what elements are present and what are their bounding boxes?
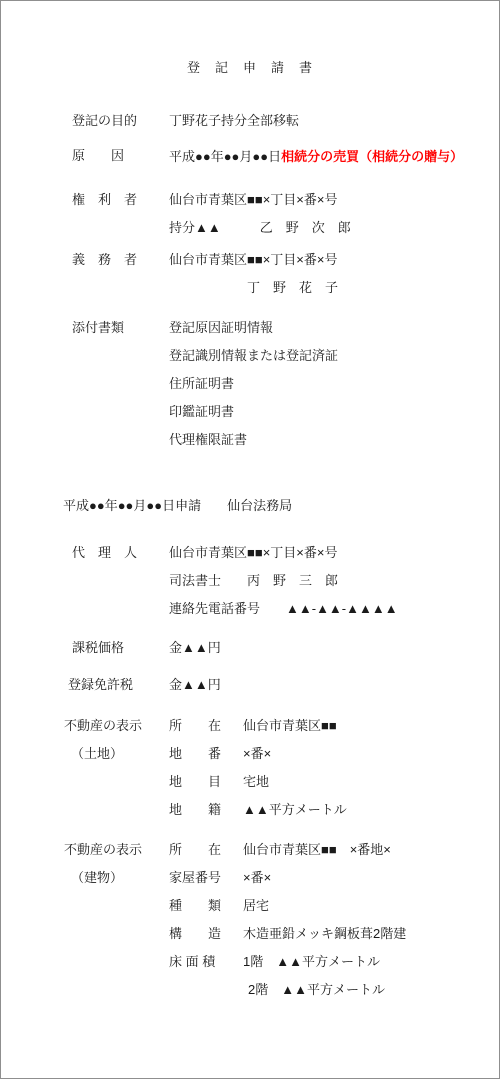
property-field-row: 家屋番号×番×: [169, 864, 471, 892]
row-attachments: 添付書類 登記原因証明情報 登記識別情報または登記済証 住所証明書 印鑑証明書 …: [63, 314, 471, 454]
attachment-item: 印鑑証明書: [169, 398, 471, 426]
obligor-name: 丁 野 花 子: [169, 274, 471, 302]
property-field-value: ×番×: [243, 740, 471, 768]
attachment-item: 登記識別情報または登記済証: [169, 342, 471, 370]
agent-title-name: 司法書士 丙 野 三 郎: [169, 567, 471, 595]
property-field-value: 2階 ▲▲平方メートル: [243, 976, 471, 1004]
property-field-row: 所 在仙台市青葉区■■: [169, 712, 471, 740]
field-label-cause: 原 因: [63, 142, 169, 170]
property-field-value: 宅地: [243, 768, 471, 796]
property-section-land: 不動産の表示 （土地） 所 在仙台市青葉区■■ 地 番×番× 地 目宅地 地 籍…: [63, 712, 471, 824]
property-field-key: 構 造: [169, 920, 243, 948]
property-field-key: [169, 976, 243, 1004]
property-field-row: 床 面 積1階 ▲▲平方メートル: [169, 948, 471, 976]
property-field-key: 所 在: [169, 712, 243, 740]
field-label-obligor: 義 務 者: [63, 246, 169, 274]
property-field-key: 家屋番号: [169, 864, 243, 892]
cause-date: 平成●●年●●月●●日: [169, 149, 281, 164]
row-rightsholder: 権 利 者 仙台市青葉区■■×丁目×番×号 持分▲▲ 乙 野 次 郎: [63, 186, 471, 242]
row-cause: 原 因 平成●●年●●月●●日相続分の売買（相続分の贈与）: [63, 142, 471, 170]
property-section-building: 不動産の表示 （建物） 所 在仙台市青葉区■■ ×番地× 家屋番号×番× 種 類…: [63, 836, 471, 1004]
property-field-key: 床 面 積: [169, 948, 243, 976]
row-taxable-value: 課税価格 金▲▲円: [63, 634, 471, 662]
property-field-key: 地 目: [169, 768, 243, 796]
obligor-address: 仙台市青葉区■■×丁目×番×号: [169, 246, 471, 274]
property-field-value: 居宅: [243, 892, 471, 920]
field-label-agent: 代 理 人: [63, 539, 169, 567]
property-field-row: 構 造木造亜鉛メッキ鋼板葺2階建: [169, 920, 471, 948]
property-field-row: 地 番×番×: [169, 740, 471, 768]
property-field-key: 種 類: [169, 892, 243, 920]
property-land-label: 不動産の表示: [63, 712, 169, 740]
property-field-row: 地 籍▲▲平方メートル: [169, 796, 471, 824]
row-obligor: 義 務 者 仙台市青葉区■■×丁目×番×号 丁 野 花 子: [63, 246, 471, 302]
property-field-key: 地 番: [169, 740, 243, 768]
attachment-item: 住所証明書: [169, 370, 471, 398]
field-label-purpose: 登記の目的: [63, 107, 169, 135]
property-field-value: ▲▲平方メートル: [243, 796, 471, 824]
row-registration-tax: 登録免許税 金▲▲円: [63, 671, 471, 699]
agent-address: 仙台市青葉区■■×丁目×番×号: [169, 539, 471, 567]
attachment-item: 代理権限証書: [169, 426, 471, 454]
taxable-value-amount: 金▲▲円: [169, 634, 471, 662]
property-land-sublabel: （土地）: [63, 740, 169, 768]
property-field-row: 所 在仙台市青葉区■■ ×番地×: [169, 836, 471, 864]
property-building-label: 不動産の表示: [63, 836, 169, 864]
field-label-registration-tax: 登録免許税: [63, 671, 169, 699]
property-field-key: 所 在: [169, 836, 243, 864]
property-field-row: 地 目宅地: [169, 768, 471, 796]
application-date-office: 平成●●年●●月●●日申請 仙台法務局: [63, 492, 471, 520]
property-field-row: 種 類居宅: [169, 892, 471, 920]
field-value-cause: 平成●●年●●月●●日相続分の売買（相続分の贈与）: [169, 142, 471, 168]
property-field-key: 地 籍: [169, 796, 243, 824]
rightsholder-share-name: 持分▲▲ 乙 野 次 郎: [169, 214, 471, 242]
rightsholder-address: 仙台市青葉区■■×丁目×番×号: [169, 186, 471, 214]
field-label-rightsholder: 権 利 者: [63, 186, 169, 214]
property-field-value: 1階 ▲▲平方メートル: [243, 948, 471, 976]
property-field-value: 仙台市青葉区■■ ×番地×: [243, 836, 471, 864]
field-label-attachments: 添付書類: [63, 314, 169, 342]
field-label-taxable-value: 課税価格: [63, 634, 169, 662]
property-field-value: 木造亜鉛メッキ鋼板葺2階建: [243, 920, 471, 948]
agent-phone: 連絡先電話番号 ▲▲-▲▲-▲▲▲▲: [169, 595, 471, 623]
field-value-purpose: 丁野花子持分全部移転: [169, 107, 471, 135]
property-field-value: 仙台市青葉区■■: [243, 712, 471, 740]
attachment-item: 登記原因証明情報: [169, 314, 471, 342]
row-agent: 代 理 人 仙台市青葉区■■×丁目×番×号 司法書士 丙 野 三 郎 連絡先電話…: [63, 539, 471, 623]
cause-highlight: 相続分の売買（相続分の贈与）: [281, 149, 463, 164]
page-title: 登 記 申 請 書: [1, 54, 499, 82]
row-purpose: 登記の目的 丁野花子持分全部移転: [63, 107, 471, 135]
registration-tax-amount: 金▲▲円: [169, 671, 471, 699]
property-field-value: ×番×: [243, 864, 471, 892]
property-building-sublabel: （建物）: [63, 864, 169, 892]
property-field-row: 2階 ▲▲平方メートル: [169, 976, 471, 1004]
registration-application-document: 登 記 申 請 書 登記の目的 丁野花子持分全部移転 原 因 平成●●年●●月●…: [0, 0, 500, 1079]
